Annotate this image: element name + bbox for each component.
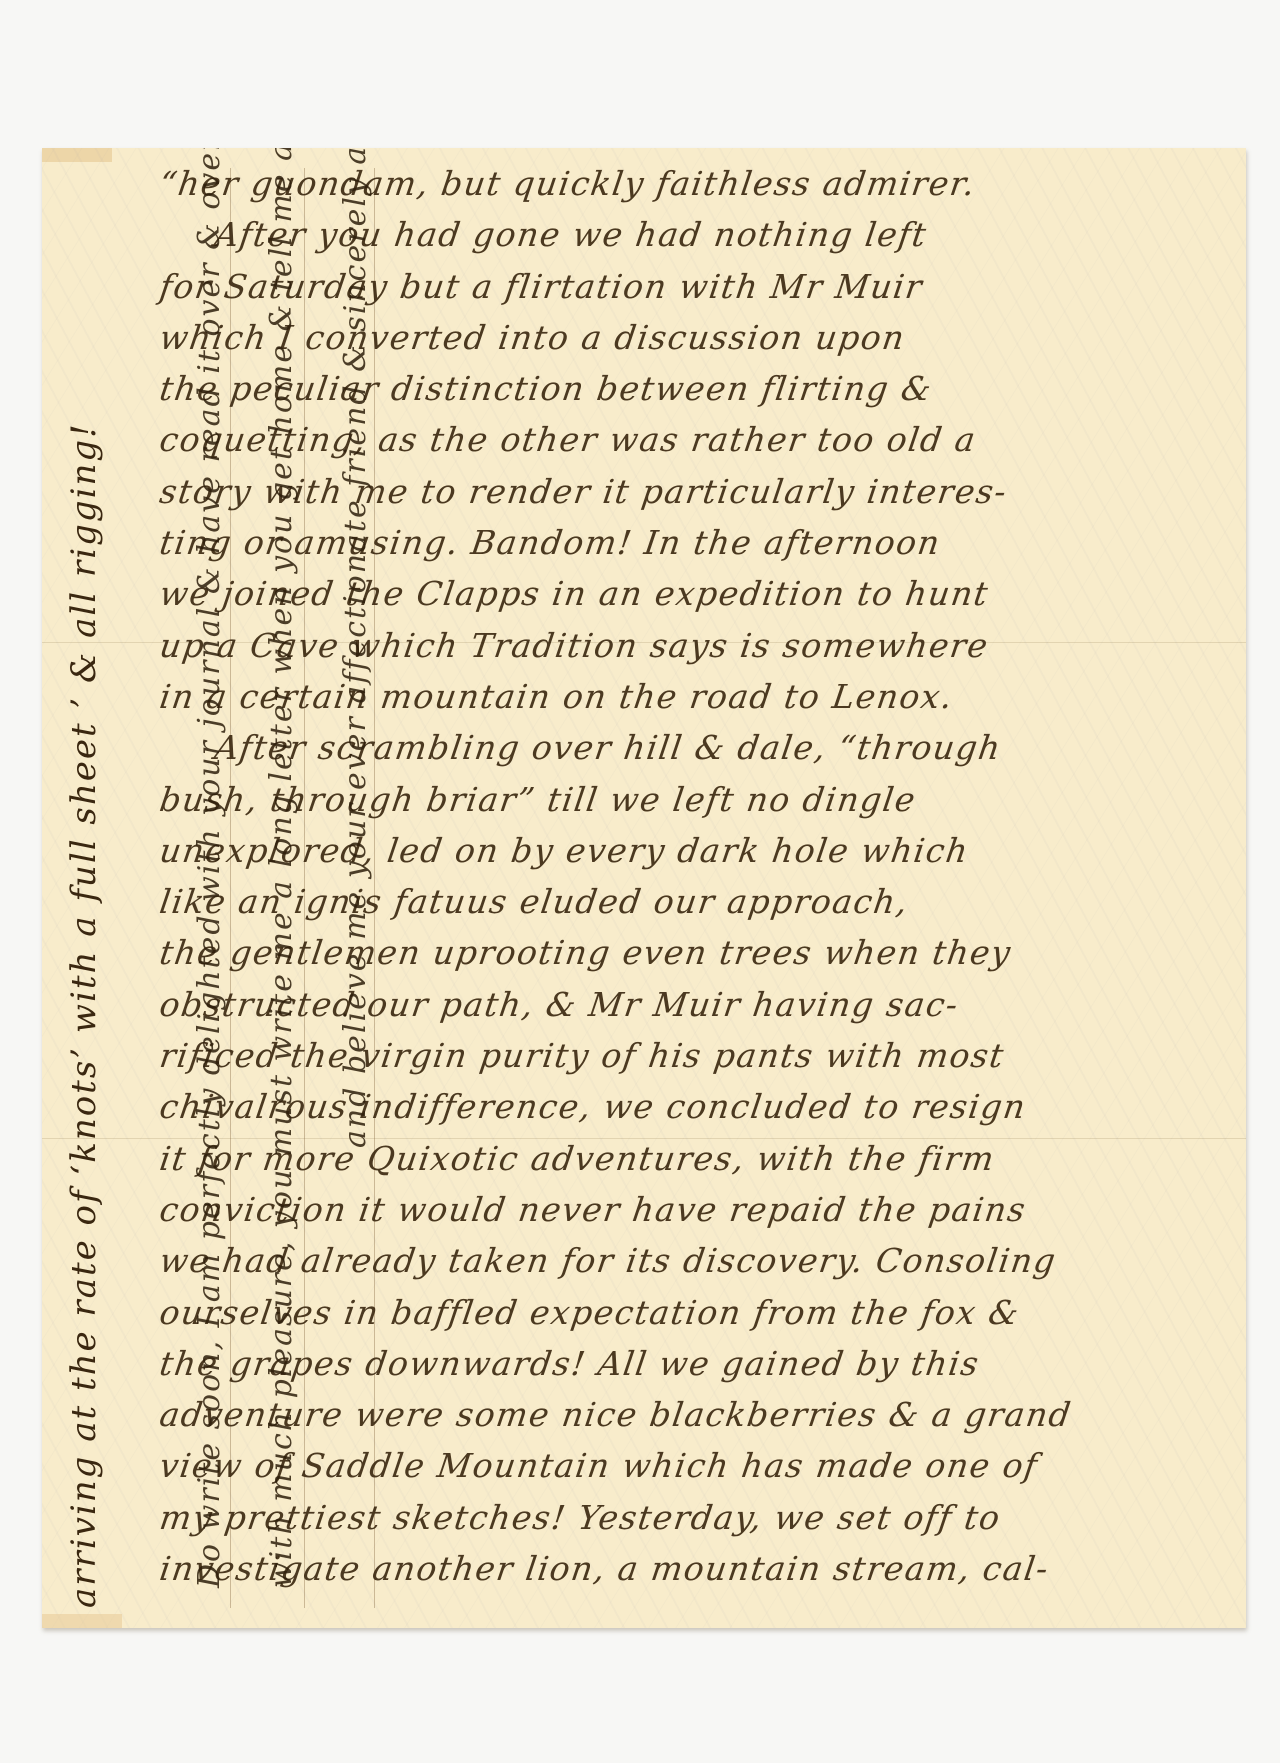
letter-line: After you had gone we had nothing left xyxy=(156,209,1223,260)
letter-line: unexplored, led on by every dark hole wh… xyxy=(156,825,1223,876)
letter-line: “her guondam, but quickly faithless admi… xyxy=(156,158,1223,209)
letter-line: the peculiar distinction between flirtin… xyxy=(156,363,1223,414)
letter-line: we had already taken for its discovery. … xyxy=(156,1235,1223,1286)
letter-line: adventure were some nice blackberries & … xyxy=(156,1389,1223,1440)
letter-line: coquetting, as the other was rather too … xyxy=(156,414,1223,465)
letter-line: up a Cave which Tradition says is somewh… xyxy=(156,620,1223,671)
letter-line: bush, through briar” till we left no din… xyxy=(156,774,1223,825)
left-margin-note: arriving at the rate of ‘knots’ with a f… xyxy=(64,422,104,1608)
letter-line: chivalrous indifference, we concluded to… xyxy=(156,1081,1223,1132)
letter-line: which I converted into a discussion upon xyxy=(156,312,1223,363)
letter-line: obstructed our path, & Mr Muir having sa… xyxy=(156,979,1223,1030)
letter-line: ourselves in baffled expectation from th… xyxy=(156,1287,1223,1338)
cross-written-column: Do write soon, I am perfectly delighted … xyxy=(192,148,227,1588)
letter-line: my prettiest sketches! Yesterday, we set… xyxy=(156,1492,1223,1543)
letter-line: ting or amusing. Bandom! In the afternoo… xyxy=(156,517,1223,568)
letter-line: view of Saddle Mountain which has made o… xyxy=(156,1440,1223,1491)
letter-line: the grapes downwards! All we gained by t… xyxy=(156,1338,1223,1389)
letter-line: we joined the Clapps in an expedition to… xyxy=(156,568,1223,619)
letter-line: for Saturday but a flirtation with Mr Mu… xyxy=(156,261,1223,312)
letter-line: After scrambling over hill & dale, “thro… xyxy=(156,722,1223,773)
letter-line: story with me to render it particularly … xyxy=(156,466,1223,517)
letter-line: the gentlemen uprooting even trees when … xyxy=(156,927,1223,978)
letter-line: it for more Quixotic adventures, with th… xyxy=(156,1133,1223,1184)
cross-written-column: and believe me your ever affectionate fr… xyxy=(338,148,373,1148)
letter-line: conviction it would never have repaid th… xyxy=(156,1184,1223,1235)
letter-line: investigate another lion, a mountain str… xyxy=(156,1543,1223,1594)
letter-line: rificed the virgin purity of his pants w… xyxy=(156,1030,1223,1081)
letter-line: like an ignis fatuus eluded our approach… xyxy=(156,876,1223,927)
letter-page: “her guondam, but quickly faithless admi… xyxy=(42,148,1246,1628)
letter-body: “her guondam, but quickly faithless admi… xyxy=(160,158,1220,1594)
letter-line: in a certain mountain on the road to Len… xyxy=(156,671,1223,722)
cross-written-column: with much pleasure, you must write me a … xyxy=(264,148,299,1588)
